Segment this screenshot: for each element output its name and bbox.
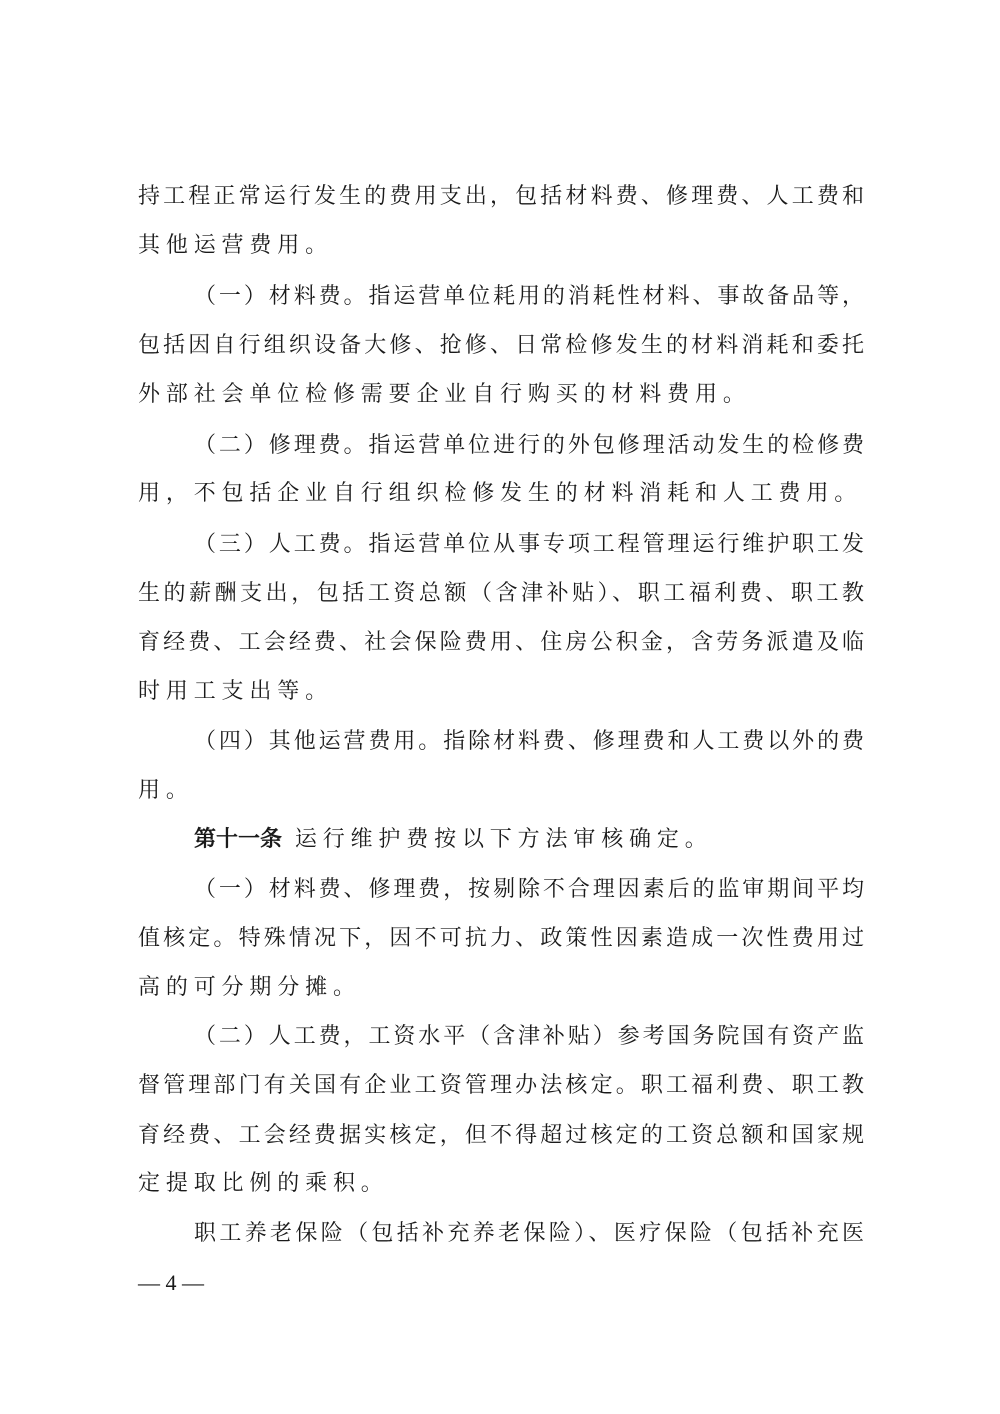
article-11-heading: 第十一条 运行维护费按以下方法审核确定。 [194, 825, 713, 855]
text-line: 育经费、工会经费据实核定，但不得超过核定的工资总额和国家规 [138, 1121, 864, 1151]
pension-insurance-paragraph: 职工养老保险（包括补充养老保险）、医疗保险（包括补充医 [194, 1219, 864, 1249]
article-11-item-1: （一）材料费、修理费，按剔除不合理因素后的监审期间平均 [194, 875, 864, 905]
clause-item-3-labor: （三）人工费。指运营单位从事专项工程管理运行维护职工发 [194, 530, 864, 560]
text-line: 定提取比例的乘积。 [138, 1169, 389, 1199]
text-line: 包括因自行组织设备大修、抢修、日常检修发生的材料消耗和委托 [138, 331, 864, 361]
text-line: 持工程正常运行发生的费用支出，包括材料费、修理费、人工费和 [138, 182, 864, 212]
text-line: 育经费、工会经费、社会保险费用、住房公积金，含劳务派遣及临 [138, 628, 864, 658]
article-text: 运行维护费按以下方法审核确定。 [282, 827, 713, 852]
article-11-item-2: （二）人工费，工资水平（含津补贴）参考国务院国有资产监 [194, 1022, 864, 1052]
text-line: 用。 [138, 776, 194, 806]
text-line: 高的可分期分摊。 [138, 973, 361, 1003]
clause-item-1-materials: （一）材料费。指运营单位耗用的消耗性材料、事故备品等， [194, 282, 864, 312]
text-line: 督管理部门有关国有企业工资管理办法核定。职工福利费、职工教 [138, 1071, 864, 1101]
clause-item-4-other: （四）其他运营费用。指除材料费、修理费和人工费以外的费 [194, 727, 864, 757]
text-line: 生的薪酬支出，包括工资总额（含津补贴）、职工福利费、职工教 [138, 579, 864, 609]
text-line: 其他运营费用。 [138, 231, 333, 261]
document-page: 持工程正常运行发生的费用支出，包括材料费、修理费、人工费和 其他运营费用。 （一… [0, 0, 1000, 1414]
page-number: — 4 — [138, 1268, 204, 1298]
article-number: 第十一条 [194, 827, 282, 852]
text-line: 值核定。特殊情况下，因不可抗力、政策性因素造成一次性费用过 [138, 924, 864, 954]
text-line: 用，不包括企业自行组织检修发生的材料消耗和人工费用。 [138, 479, 862, 509]
text-line: 时用工支出等。 [138, 677, 333, 707]
clause-item-2-repairs: （二）修理费。指运营单位进行的外包修理活动发生的检修费 [194, 431, 864, 461]
text-line: 外部社会单位检修需要企业自行购买的材料费用。 [138, 380, 751, 410]
